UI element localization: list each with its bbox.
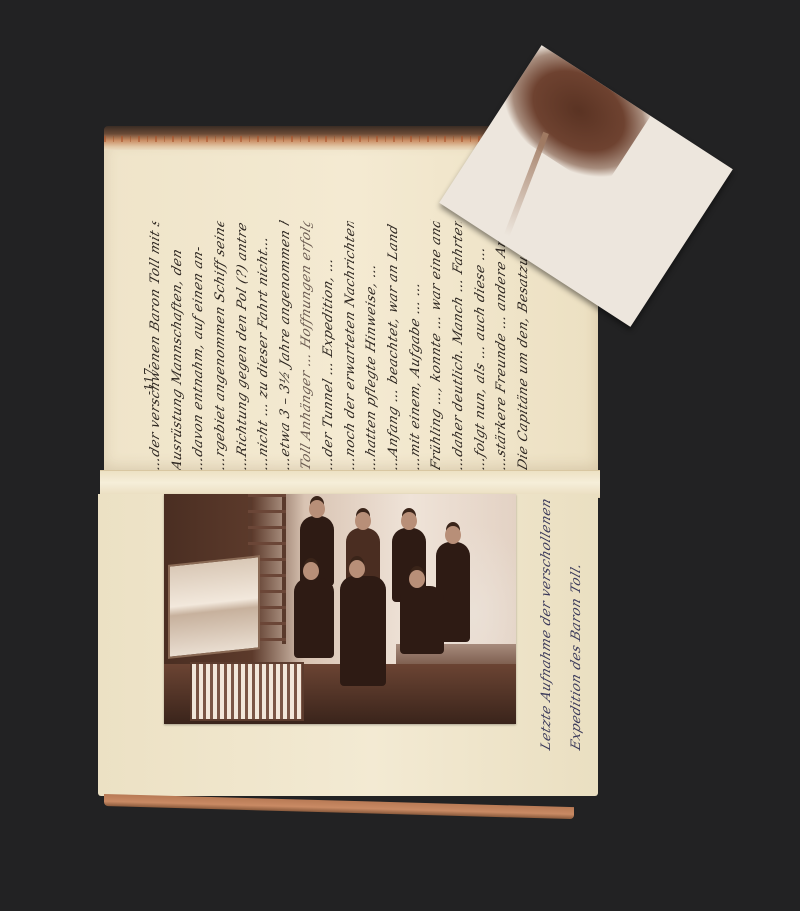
handwritten-line: Frühling …, konnte … war eine andere <box>427 219 447 473</box>
deck-vent-grille <box>190 662 304 721</box>
photo-caption: Letzte Aufnahme der verschollenen Expedi… <box>532 500 592 750</box>
handwritten-line: …Richtung gegen den Pol (?) antreten <box>233 219 253 473</box>
handwritten-text-block: …der verschwenen Baron Toll mit seiner A… <box>140 222 540 470</box>
pasted-group-photograph <box>164 494 516 724</box>
deck-skylight <box>168 555 260 659</box>
rigging-streak <box>504 132 549 237</box>
handwritten-line: …rgebiet angenommen Schiff seine <box>211 219 231 473</box>
caption-line: Letzte Aufnahme der verschollenen <box>537 497 557 753</box>
handwritten-line: …daher deutlich. Manch … Fahrten <box>449 219 469 473</box>
handwritten-line: …mit einem, Aufgabe … … <box>406 219 426 473</box>
handwritten-line: …hatten pflegte Hinweise, … <box>362 219 382 473</box>
handwritten-line: …nicht … zu dieser Fahrt nicht… <box>254 219 274 473</box>
handwritten-line: …noch der erwarteten Nachrichten … <box>341 219 361 473</box>
handwritten-line: …der verschwenen Baron Toll mit seiner <box>146 219 166 473</box>
caption-line: Expedition des Baron Toll. <box>567 497 587 753</box>
handwritten-line: …folgt nun, als … auch diese … <box>471 219 491 473</box>
book-bottom-edge <box>104 794 574 819</box>
photograph-scene: -117- …der verschwenen Baron Toll mit se… <box>0 0 800 911</box>
handwritten-line: Ausrüstung Mannschaften, den <box>168 219 188 473</box>
person-figure <box>294 578 334 658</box>
handwritten-line: …der Tunnel … Expedition, … <box>319 219 339 473</box>
person-figure <box>340 576 386 686</box>
handwritten-line: …Anfang … beachtet, war an Land <box>384 219 404 473</box>
handwritten-line: Toll Anhänger … Hoffnungen erfolgen <box>297 219 317 473</box>
faded-image-area <box>484 45 661 191</box>
handwritten-line: …stärkere Freunde … andere Arbeit <box>492 219 512 473</box>
person-figure <box>400 586 444 654</box>
handwritten-line: …etwa 3 – 3½ Jahre angenommen hat <box>276 219 296 473</box>
handwritten-line: …davon entnahm, auf einen an- <box>189 219 209 473</box>
